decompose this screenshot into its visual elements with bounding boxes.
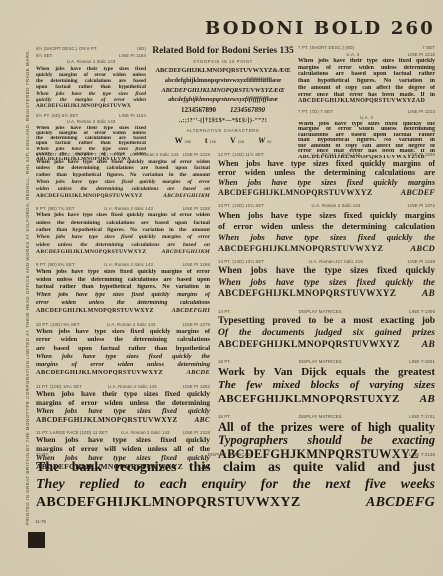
specimen-header-row: 8 PT. (8D) 7¾ SETU.A. Roman 2 Italic 143… <box>36 206 210 211</box>
specimen-line-text: the amount of copy can affect the degree… <box>298 144 435 149</box>
header-center: U.A. 3 <box>298 52 408 57</box>
specimen-block: 16 PT.DISPLAY MATRICESLINE T-1501Work by… <box>218 359 435 406</box>
header-left: 14 PT. (14D) 13¼ SET <box>218 259 264 264</box>
specimen-line-text: than hypothetical figures. No variation … <box>298 138 435 143</box>
specimen-line: When jobs have type sizes fixed quickly … <box>218 159 435 169</box>
specimen-header-row: 14 PT. (14D) 13¼ SETU.A. Roman 417 Itali… <box>218 259 435 264</box>
specimen-header-row: 12 PT. (12D) 11½ SETU.A. Roman 2 Italic … <box>218 152 435 157</box>
specimen-line-text: upon factual rather than hypothetical <box>36 141 146 146</box>
specimen-block: 14 PT. (14D) 13¼ SETU.A. Roman 417 Itali… <box>218 259 435 300</box>
specimen-line-text: error once that error has been made. If … <box>298 92 435 98</box>
header-center: DISPLAY MATRICES <box>231 309 409 314</box>
header-right: LINE T-1741 <box>409 414 435 419</box>
specimen-line: widen unless the determining calculation… <box>36 242 210 249</box>
specimen-line: Work by Van Dijck equals the greatest <box>218 366 435 380</box>
header-left: 18 PT. <box>218 414 231 419</box>
specimen-line-text: factual rather than hypothetical figures… <box>36 284 210 290</box>
header-right: LINE PI 1302 <box>183 384 210 389</box>
specimen-line-text: When jobs have type sizes fixed quickly … <box>36 159 210 165</box>
header-right: (6D) <box>137 46 146 51</box>
header-left: 22 PT. <box>36 452 49 457</box>
specimen-line: margins of error widen unless determinin… <box>298 65 435 72</box>
specimen-line-text: ABCDEFGHIJKLMNOPQRSTUVWXYZ <box>218 289 396 299</box>
specimen-line-italic-tail: ABCDE <box>163 369 210 376</box>
alt-character: V228 <box>230 136 244 147</box>
synopsis-roman-caps: ABCDEFGHIJKLMNOPQRSTUVWXYZ&ÆŒ <box>151 66 295 76</box>
specimen-header-row: 7 PT. (7D) 7 SETLINE PI 1213 <box>298 109 435 114</box>
specimen-line-text: When jobs have type sizes fixed quickly … <box>218 278 435 288</box>
specimen-line-text: calculations are based upon factual rath… <box>298 71 435 77</box>
alt-character-code: 90 <box>267 137 271 147</box>
specimen-line: When jobs have type sizes fixed quickly … <box>218 178 435 188</box>
alt-character-glyph: W <box>175 136 183 146</box>
specimen-line-text: the determining calculations are based <box>36 136 146 141</box>
header-right: LINE T-2126 <box>409 452 435 457</box>
specimen-line-text: When jobs have type sizes fixed quickly … <box>298 122 435 127</box>
figures-roman: 1234567890 <box>181 106 216 114</box>
synopsis-punctuation: .,:;!?’‘-([†‡§£$*—*$£§/])-“”?! <box>151 116 295 126</box>
header-center: U.A. Roman 2 Italic 143 <box>36 119 146 124</box>
specimen-line-text: ABCDEFGHIJKLMNOPQRSTUVWX <box>36 103 131 109</box>
specimen-header-row: 14 PT.DISPLAY MATRICESLINE T-1306 <box>218 309 435 314</box>
specimen-line-text: The bank recognizes this claim as quite … <box>36 460 435 475</box>
header-left: 11 PT. LARGE FACE (10D) 11 SET <box>36 430 108 435</box>
header-left: 10 PT. (10D) 9¼ SET <box>36 322 80 327</box>
specimen-line: They replied to each enquiry for the nex… <box>36 476 435 494</box>
header-left: 11 PT. (10D) 10¼ SET <box>36 384 82 389</box>
specimen-line: ABCEFGHIJKLMNOPQRSTUXYZ AB <box>218 393 435 407</box>
specimen-line-text: unless the determining calculations are … <box>36 165 210 171</box>
specimen-line-text: error widen unless the determining calcu… <box>218 168 435 177</box>
header-center: DISPLAY MATRICES <box>49 452 409 457</box>
specimen-line-text: error widen unless the determining calcu… <box>36 336 210 343</box>
specimen-header-row: 13 PT. (13D) 12¼ SETU.A. Roman 2 Italic … <box>218 203 435 208</box>
header-center: U.A. Roman 2 Italic 143 <box>36 59 146 64</box>
specimen-line: margins of error widen unless determinin… <box>36 361 210 369</box>
header-center: U.A. Roman 2 Italic 143 <box>264 152 408 157</box>
specimen-header-row: 6½ PT. (6D) 6½ SETLINE PI 1164 <box>36 113 146 118</box>
synopsis-roman-lower: abcdefghijklmnopqrstuvwxyzfiflffffiffllæ… <box>151 76 295 86</box>
specimen-line-text: error widen unless the determining calcu… <box>36 300 210 306</box>
header-left: 12 PT. (12D) 11½ SET <box>218 152 264 157</box>
specimen-line: When jobs have type sizes fixed quickly … <box>36 353 210 361</box>
header-right: 7 SET <box>422 45 435 50</box>
specimen-line-italic-tail: ABCDEFGHIJKM <box>146 249 210 255</box>
header-left: 6½ PT. (6D) 6½ SET <box>36 113 78 118</box>
header-right: LINE PI 1238 <box>183 206 210 211</box>
specimen-block: 11 PT. (10D) 10¼ SETU.A. Roman 2 Italic … <box>36 384 210 425</box>
specimen-line: margins of error widen unless the determ… <box>36 399 210 408</box>
specimen-line-text: When jobs have type sizes fixed quickly … <box>218 159 435 168</box>
specimen-line-text: The few mixed blocks of varying sizes <box>218 379 435 391</box>
specimen-header-row: 22 PT.DISPLAY MATRICESLINE T-2126 <box>36 452 435 457</box>
specimen-header-row: U.A. Roman 2 Italic 143 <box>36 59 146 64</box>
specimen-line: When jobs have their type sizes fixed qu… <box>298 58 435 65</box>
specimen-line: When jobs have type sizes fixed quickly … <box>218 278 435 290</box>
print-code: 11-76 <box>35 519 46 524</box>
specimen-line: ABCDEFGHIJKLMNOPQRSTUVWXYZ AB <box>218 289 435 301</box>
masthead: BODONI BOLD 260 <box>36 18 435 39</box>
header-center: DISPLAY MATRICES <box>231 414 409 419</box>
alt-character-glyph: t <box>205 136 208 146</box>
header-right: LINE T-1306 <box>409 309 435 314</box>
corner-registration-mark <box>28 532 45 548</box>
column-right-top: 7 PT. (SHORT DESC.) (6D)7 SETU.A. 3LINE … <box>298 45 435 160</box>
specimen-page: BODONI BOLD 260 6½ (SHORT DESC.) ON 6 PT… <box>0 0 443 576</box>
header-center: U.A. Roman 2 Italic 143 <box>80 322 183 327</box>
column-left-top: 6½ (SHORT DESC.) ON 6 PT.(6D)6½ SETLINE … <box>36 46 146 163</box>
specimen-line: rather than hypothetical figures. No var… <box>36 227 210 234</box>
specimen-line-text: When jobs have type sizes fixed quickly … <box>36 212 210 218</box>
specimen-line: The few mixed blocks of varying sizes <box>218 379 435 393</box>
specimen-line: When jobs have type sizes fixed quickly … <box>36 269 210 277</box>
specimen-line-italic-tail: ABCDEFGHI <box>154 308 210 314</box>
specimen-line-italic-tail: ABCDEFG <box>300 495 435 510</box>
specimen-line-text: All of the prizes were of high quality <box>218 421 435 434</box>
specimen-line-text: margins of error widen unless determinin… <box>298 65 435 71</box>
header-right: LINE PI 1372 <box>408 203 435 208</box>
specimen-line-italic-tail: ABCD <box>383 243 435 253</box>
header-right: LINE PI 1228 <box>183 152 210 157</box>
specimen-line-text: When jobs have type sizes fixed quickly <box>36 407 210 415</box>
specimen-line: Of the documents judged six gained prize… <box>218 327 435 339</box>
specimen-line: widen unless the determining calculation… <box>36 186 210 193</box>
specimen-line-text: ABCDEFGHIJKLMNOPQRSTUVWXYZ <box>36 495 300 510</box>
specimen-line-text: quickly the margins of error widen <box>36 97 146 103</box>
specimen-header-row: 18 PT.DISPLAY MATRICESLINE T-1741 <box>218 414 435 419</box>
specimen-line-text: rather than hypothetical figures. No var… <box>36 172 210 178</box>
specimen-line: factual rather than hypothetical figures… <box>36 284 210 292</box>
header-right: LINE PI 1210 <box>408 52 435 57</box>
alt-characters-row: W266t196V228W90 <box>151 136 295 147</box>
specimen-line: unless the determining calculations are … <box>36 165 210 172</box>
specimen-line-text: When jobs have type sizes fixed quickly … <box>218 210 435 220</box>
specimen-header-row: 7 PT. (SHORT DESC.) (6D)7 SET <box>298 45 435 50</box>
alt-character-code: 228 <box>238 137 244 147</box>
specimen-block: 8 PT. (8D) 7¾ SETU.A. Roman 2 Italic 143… <box>36 206 210 256</box>
specimen-line-text: When jobs have type sizes fixed quickly … <box>36 353 210 360</box>
specimen-line: error widen unless the determining calcu… <box>36 300 210 308</box>
specimen-line: All of the prizes were of high quality <box>218 421 435 435</box>
specimen-block: 14 PT.DISPLAY MATRICESLINE T-1306Typeset… <box>218 309 435 352</box>
header-center: U.A. Roman 2 Italic 143 <box>264 203 407 208</box>
column-left-main: 8 (SHORT DESC.) ON 7½ PT. (7D) 7¼ SETU.A… <box>36 152 210 471</box>
printer-imprint-vertical: PRINTED IN GREAT BRITAIN BY THE MONOTYPE… <box>25 55 30 525</box>
specimen-line: When jobs have their type sizes fixed qu… <box>36 390 210 399</box>
specimen-line: ABCDEFGHIJKLMNOPQRSTUVWXYZAD <box>298 98 435 105</box>
specimen-line-text: When jobs have the type sizes fixed quic… <box>218 266 435 276</box>
specimen-line: ABCDEFGHIJKLMNOPQRSTUVWXYZ ABC <box>36 416 210 425</box>
specimen-line: When jobs have type sizes fixed quickly … <box>36 234 210 241</box>
specimen-block: 9 PT. (9D) 8¼ SETU.A. Roman 2 Italic 143… <box>36 262 210 315</box>
specimen-line-text: are based upon factual rather than hypot… <box>36 345 210 352</box>
alt-character: t196 <box>205 136 216 147</box>
alt-character-code: 266 <box>185 137 191 147</box>
specimen-block: 13 PT. (13D) 12¼ SETU.A. Roman 2 Italic … <box>218 203 435 253</box>
specimen-line-italic-tail: AB <box>396 289 435 299</box>
specimen-line: of error widen unless the determining ca… <box>218 221 435 232</box>
specimen-line-text: the determining calculations are based <box>36 78 146 84</box>
specimen-line-text: When jobs have their type sizes fixed qu… <box>298 58 435 64</box>
specimen-line-text: than hypothetical figures. No variation … <box>298 78 435 84</box>
specimen-block: 12 PT. (12D) 11½ SETU.A. Roman 2 Italic … <box>218 152 435 197</box>
specimen-line: than hypothetical figures. No variation … <box>298 78 435 85</box>
specimen-line: ABCDEFGHIJKLMNOPQRSTUVWXYZ ABCDEFGHIJKM <box>36 193 210 200</box>
specimen-line: ABCDEFGHIJKLMNOPQRSTUVWXYZ ABCD <box>218 243 435 254</box>
specimen-line-text: rather than hypothetical figures. No var… <box>36 227 210 233</box>
header-left: 6½ (SHORT DESC.) ON 6 PT. <box>36 46 98 51</box>
specimen-line: Typesetting proved to be a most exacting… <box>218 315 435 327</box>
specimen-line: error once that error has been made. If … <box>298 92 435 99</box>
header-left: 14 PT. <box>218 309 231 314</box>
header-left: 6½ SET <box>36 53 52 58</box>
specimen-line: ABCDEFGHIJKLMNOPQRSTUVWXYZ ABCDEF <box>218 188 435 198</box>
header-center: U.A. Roman 2 Italic 143 <box>82 384 183 389</box>
specimen-line-text: calculations are based upon factual rath… <box>298 133 435 138</box>
header-left: 9 PT. (9D) 8¼ SET <box>36 262 75 267</box>
header-right: LINE T-1501 <box>409 359 435 364</box>
header-center: U.A. Roman 417 Italic 418 <box>264 259 407 264</box>
header-left: 13 PT. (13D) 12¼ SET <box>218 203 264 208</box>
specimen-line: rather than hypothetical figures. No var… <box>36 172 210 179</box>
alt-character-code: 196 <box>210 137 216 147</box>
specimen-line-text: margins of error widen unless the determ… <box>36 399 210 407</box>
specimen-header-row: 16 PT.DISPLAY MATRICESLINE T-1501 <box>218 359 435 364</box>
specimen-line-text: Of the documents judged six gained prize… <box>218 328 435 338</box>
alt-character: W266 <box>175 136 191 147</box>
specimen-line: When jobs have type sizes fixed quickly … <box>36 159 210 166</box>
specimen-line: the amount of copy can affect the degree… <box>298 85 435 92</box>
specimen-line-text: They replied to each enquiry for the nex… <box>36 477 435 492</box>
specimen-line-text: When jobs have type sizes fixed quickly … <box>36 328 210 335</box>
synopsis-italic-lower: abcdefghijklmnopqrstuvwxyzfiflffffifflæœ <box>151 95 295 105</box>
specimen-line: ABCDEFGHIJKLMNOPQRSTUVWXYZ AB <box>218 339 435 351</box>
specimen-header-row: U.A. 3 <box>298 115 435 120</box>
header-right: LINE PI 1213 <box>408 109 435 114</box>
page-title: BODONI BOLD 260 <box>205 18 435 39</box>
specimen-line-text: widen unless the determining calculation… <box>36 242 210 248</box>
specimen-line-text: ABCDEFGHIJKLMNOPQRSTUVWXYZAD <box>298 98 425 104</box>
specimen-line: When jobs have type sizes fixed quickly … <box>36 292 210 300</box>
specimen-line: unless the determining calculations are … <box>36 220 210 227</box>
specimen-line-text: When jobs have type sizes fixed quickly <box>36 436 210 444</box>
specimen-line-text: Work by Van Dijck equals the greatest <box>218 366 435 378</box>
synopsis-section: Related Bold for Bodoni Series 135 SYNOP… <box>151 46 295 147</box>
alt-characters-label: ALTERNATIVE CHARACTERS <box>151 126 295 135</box>
specimen-line-text: the amount of copy can affect the degree… <box>298 85 435 91</box>
header-center: DISPLAY MATRICES <box>231 359 409 364</box>
specimen-line-italic-tail: ABC <box>178 416 210 424</box>
specimen-line-italic-tail: ABCDEF <box>372 188 435 197</box>
header-right: LINE PI 1318 <box>183 430 210 435</box>
header-right: LINE PI 1164 <box>119 53 146 58</box>
specimen-line-text: When jobs have the type sizes fixed <box>36 91 146 97</box>
specimen-line-text: ABCDEFGHIJKLMNOPQRSTUVWXYZ <box>36 369 163 376</box>
specimen-line-text: widen unless the determining calculation… <box>36 186 210 192</box>
header-right: LINE PI 1268 <box>183 262 210 267</box>
specimen-header-row: 11 PT. LARGE FACE (10D) 11 SETU.A. Roman… <box>36 430 210 435</box>
header-center: U.A. Roman 2 Italic 143 <box>75 206 183 211</box>
specimen-line: When jobs have type sizes fixed quickly … <box>36 212 210 219</box>
specimen-line-text: Typographers should be exacting <box>218 434 435 447</box>
header-left: 8 PT. (8D) 7¾ SET <box>36 206 75 211</box>
specimen-line: When jobs have type sizes fixed quickly … <box>36 179 210 186</box>
specimen-line-text: ABCDEFGHIJKLMNOPQRSTUVWXYZ <box>36 249 146 255</box>
specimen-line-text: margins of error widen unless determinin… <box>298 127 435 132</box>
specimen-line-text: When jobs have their type sizes fixed <box>36 126 146 131</box>
header-left: 7 PT. (7D) 7 SET <box>298 109 333 114</box>
specimen-line: When jobs have type sizes fixed quickly … <box>218 210 435 221</box>
specimen-header-row: 11 PT. (10D) 10¼ SETU.A. Roman 2 Italic … <box>36 384 210 389</box>
specimen-line-text: When jobs have type sizes fixed quickly … <box>36 179 210 185</box>
specimen-line-text: ABCDEFGHIJKLMNOPQRSTUVWXYZ <box>218 340 400 350</box>
specimen-header-row: 6½ SETLINE PI 1164 <box>36 53 146 58</box>
specimen-line: error widen unless the determining calcu… <box>36 336 210 344</box>
specimen-line: Typographers should be exacting <box>218 434 435 448</box>
specimen-line-text: ABCDEFGHIJKLMNOPQRSTUVWXYZ <box>36 416 178 424</box>
specimen-line: error widen unless the determining calcu… <box>218 168 435 178</box>
specimen-line-text: ABCEFGHIJKLMNOPQRSTUXYZ <box>218 393 400 405</box>
specimen-line-text: Typesetting proved to be a most exacting… <box>218 316 435 326</box>
specimen-line-text: quickly margins of error widen unless <box>36 131 146 136</box>
synopsis-figures: 12345678901234567890 <box>151 105 295 116</box>
specimen-line-text: unless the determining calculations are … <box>36 220 210 226</box>
display-block-22pt: 22 PT.DISPLAY MATRICESLINE T-2126The ban… <box>36 452 435 511</box>
alt-character-glyph: V <box>230 136 236 146</box>
specimen-line-text: When jobs have type sizes fixed quickly … <box>36 234 210 240</box>
specimen-line: When jobs have type sizes fixed quickly <box>36 436 210 445</box>
specimen-line: ABCDEFGHIJKLMNOPQRSTUVWXYZ ABCDEFG <box>36 494 435 512</box>
specimen-line: ABCDEFGHIJKLMNOPQRSTUVWXYZ ABCDEFGHIJKM <box>36 249 210 256</box>
specimen-line-text: When jobs have their type sizes fixed <box>36 66 146 72</box>
column-right-main: 12 PT. (12D) 11½ SETU.A. Roman 2 Italic … <box>218 152 435 461</box>
specimen-line: widen unless the determining calculation… <box>36 277 210 285</box>
specimen-header-row: 10 PT. (10D) 9¼ SETU.A. Roman 2 Italic 1… <box>36 322 210 327</box>
header-center: U.A. Roman 2 Italic 143 <box>108 430 183 435</box>
header-left: 7 PT. (SHORT DESC.) (6D) <box>298 45 354 50</box>
specimen-header-row: U.A. Roman 2 Italic 143 <box>36 119 146 124</box>
specimen-block: 10 PT. (10D) 9¼ SETU.A. Roman 2 Italic 1… <box>36 322 210 378</box>
header-right: LINE PI 1279 <box>183 322 210 327</box>
specimen-block: 7 PT. (SHORT DESC.) (6D)7 SETU.A. 3LINE … <box>298 45 435 105</box>
header-right: LINE PI 1346 <box>408 152 435 157</box>
specimen-line: The bank recognizes this claim as quite … <box>36 459 435 477</box>
specimen-line: ABCDEFGHIJKLMNOPQRSTUVWX <box>36 103 146 109</box>
specimen-line: ABCDEFGHIJKLMNOPQRSTUVWXYZ ABCDE <box>36 369 210 377</box>
specimen-line-text: ABCDEFGHIJKLMNOPQRSTUVWXYZ <box>218 188 372 197</box>
specimen-header-row: 8 (SHORT DESC.) ON 7½ PT. (7D) 7¼ SETU.A… <box>36 152 210 157</box>
specimen-header-row: 9 PT. (9D) 8¼ SETU.A. Roman 2 Italic 143… <box>36 262 210 267</box>
specimen-line: calculations are based upon factual rath… <box>298 71 435 78</box>
alt-character-glyph: W <box>258 136 265 146</box>
header-right: LINE PI 1448 <box>408 259 435 264</box>
specimen-line-text: When jobs have type sizes fixed quickly … <box>218 232 435 242</box>
header-center: U.A. Roman 2 Italic 143 <box>126 152 183 157</box>
specimen-line-text: When jobs have type sizes fixed quickly … <box>36 292 210 298</box>
specimen-line-text: When jobs have type sizes fixed quickly … <box>218 178 435 187</box>
specimen-line-text: ABCDEFGHIJKLMNOPQRSTUVWXYZ <box>36 193 143 199</box>
specimen-block: 8 (SHORT DESC.) ON 7½ PT. (7D) 7¼ SETU.A… <box>36 152 210 200</box>
specimen-block: 22 PT.DISPLAY MATRICESLINE T-2126The ban… <box>36 452 435 511</box>
specimen-header-row: U.A. 3LINE PI 1210 <box>298 52 435 57</box>
header-right: LINE PI 1164 <box>119 113 146 118</box>
specimen-line-text: widen unless the determining calculation… <box>36 277 210 283</box>
specimen-line: ABCDEFGHIJKLMNOPQRSTUVWXYZ ABCDEFGHI <box>36 308 210 316</box>
specimen-line-italic-tail: AB <box>400 340 435 350</box>
synopsis-title: Related Bold for Bodoni Series 135 <box>151 46 295 57</box>
synopsis-italic-caps: ABCDEFGHIJKLMNOPQRSTUVWXYZÆŒ <box>151 86 295 96</box>
synopsis-subtitle: SYNOPSIS IN 10 POINT <box>151 57 295 66</box>
alt-character: W90 <box>258 136 271 147</box>
specimen-line: are based upon factual rather than hypot… <box>36 345 210 353</box>
specimen-header-row: 6½ (SHORT DESC.) ON 6 PT.(6D) <box>36 46 146 51</box>
specimen-line-text: quickly margins of error widen unless <box>36 72 146 78</box>
header-center: U.A. 3 <box>298 115 435 120</box>
specimen-line-text: ABCDEFGHIJKLMNOPQRSTUVWXYZ <box>36 308 154 314</box>
specimen-line: When jobs have the type sizes fixed quic… <box>218 266 435 278</box>
specimen-line: When jobs have type sizes fixed quickly … <box>36 328 210 336</box>
specimen-line: When jobs have type sizes fixed quickly … <box>218 232 435 243</box>
specimen-line: When jobs have type sizes fixed quickly <box>36 407 210 416</box>
specimen-line-text: margins of error widen unless determinin… <box>36 361 210 368</box>
specimen-line-text: of error widen unless the determining ca… <box>218 221 435 231</box>
specimen-line-text: ABCDEFGHIJKLMNOPQRSTUVWXYZ <box>218 243 383 253</box>
specimen-block: 6½ (SHORT DESC.) ON 6 PT.(6D)6½ SETLINE … <box>36 46 146 110</box>
specimen-line-text: When jobs have their type sizes fixed qu… <box>36 390 210 398</box>
header-left: 8 (SHORT DESC.) ON 7½ PT. (7D) 7¼ SET <box>36 152 126 157</box>
header-center: U.A. Roman 2 Italic 143 <box>75 262 183 267</box>
specimen-line-italic-tail: ABCDEFGHIJKM <box>143 193 210 199</box>
header-left: 16 PT. <box>218 359 231 364</box>
specimen-line-text: When jobs have type sizes fixed quickly … <box>36 269 210 275</box>
figures-italic: 1234567890 <box>230 106 265 114</box>
specimen-line-italic-tail: AB <box>400 393 435 405</box>
specimen-line-text: upon factual rather than hypothetical <box>36 84 146 90</box>
